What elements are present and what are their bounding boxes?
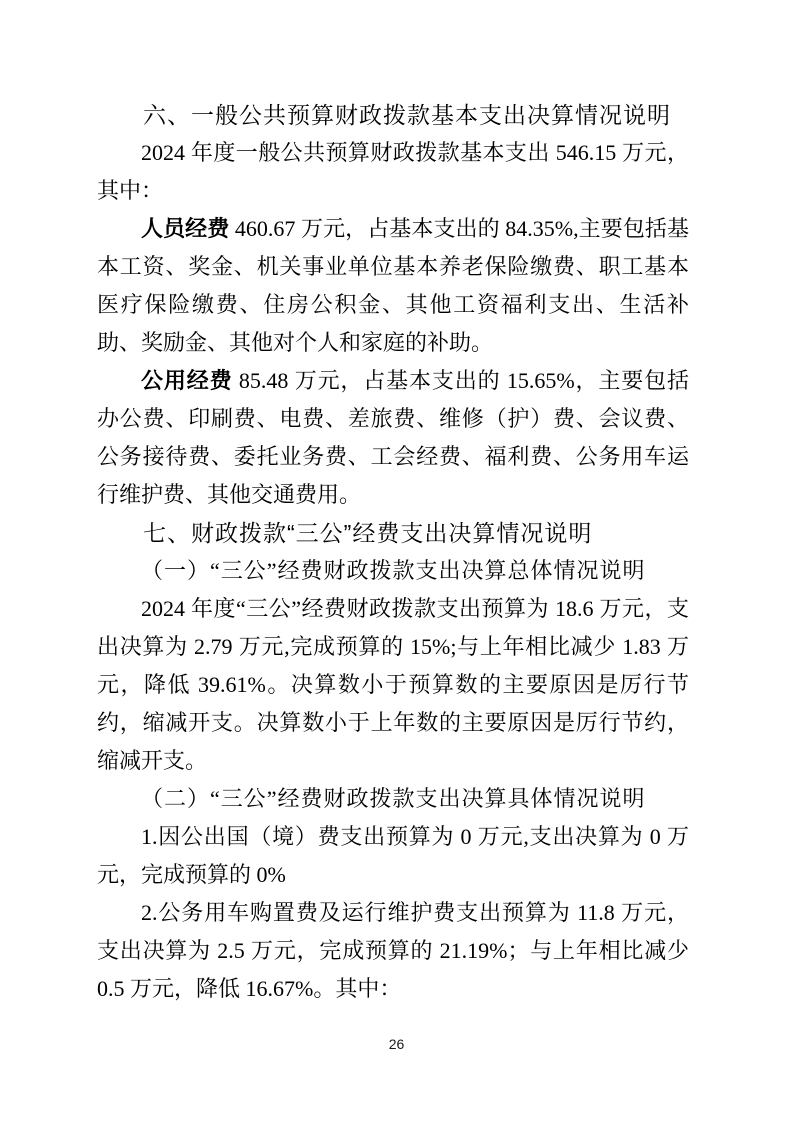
paragraph-basic-expenditure-intro: 2024 年度一般公共预算财政拨款基本支出 546.15 万元，其中： (97, 134, 689, 210)
subsection-one-heading: （一）“三公”经费财政拨款支出决算总体情况说明 (97, 552, 689, 590)
document-content: 六、一般公共预算财政拨款基本支出决算情况说明 2024 年度一般公共预算财政拨款… (97, 96, 689, 1008)
paragraph-three-public-overall: 2024 年度“三公”经费财政拨款支出预算为 18.6 万元，支出决算为 2.7… (97, 590, 689, 780)
personnel-funds-label: 人员经费 (141, 216, 229, 241)
section-seven-heading: 七、财政拨款“三公”经费支出决算情况说明 (97, 514, 689, 552)
subsection-two-heading: （二）“三公”经费财政拨款支出决算具体情况说明 (97, 780, 689, 818)
page-number: 26 (0, 1036, 793, 1052)
paragraph-personnel-funds: 人员经费 460.67 万元，占基本支出的 84.35%,主要包括基本工资、奖金… (97, 210, 689, 362)
public-funds-label: 公用经费 (141, 368, 232, 393)
paragraph-abroad-expense: 1.因公出国（境）费支出预算为 0 万元,支出决算为 0 万元，完成预算的 0% (97, 818, 689, 894)
paragraph-vehicle-expense: 2.公务用车购置费及运行维护费支出预算为 11.8 万元，支出决算为 2.5 万… (97, 894, 689, 1008)
paragraph-public-funds: 公用经费 85.48 万元，占基本支出的 15.65%，主要包括办公费、印刷费、… (97, 362, 689, 514)
section-six-heading: 六、一般公共预算财政拨款基本支出决算情况说明 (97, 96, 689, 134)
document-page: 六、一般公共预算财政拨款基本支出决算情况说明 2024 年度一般公共预算财政拨款… (0, 0, 793, 1122)
